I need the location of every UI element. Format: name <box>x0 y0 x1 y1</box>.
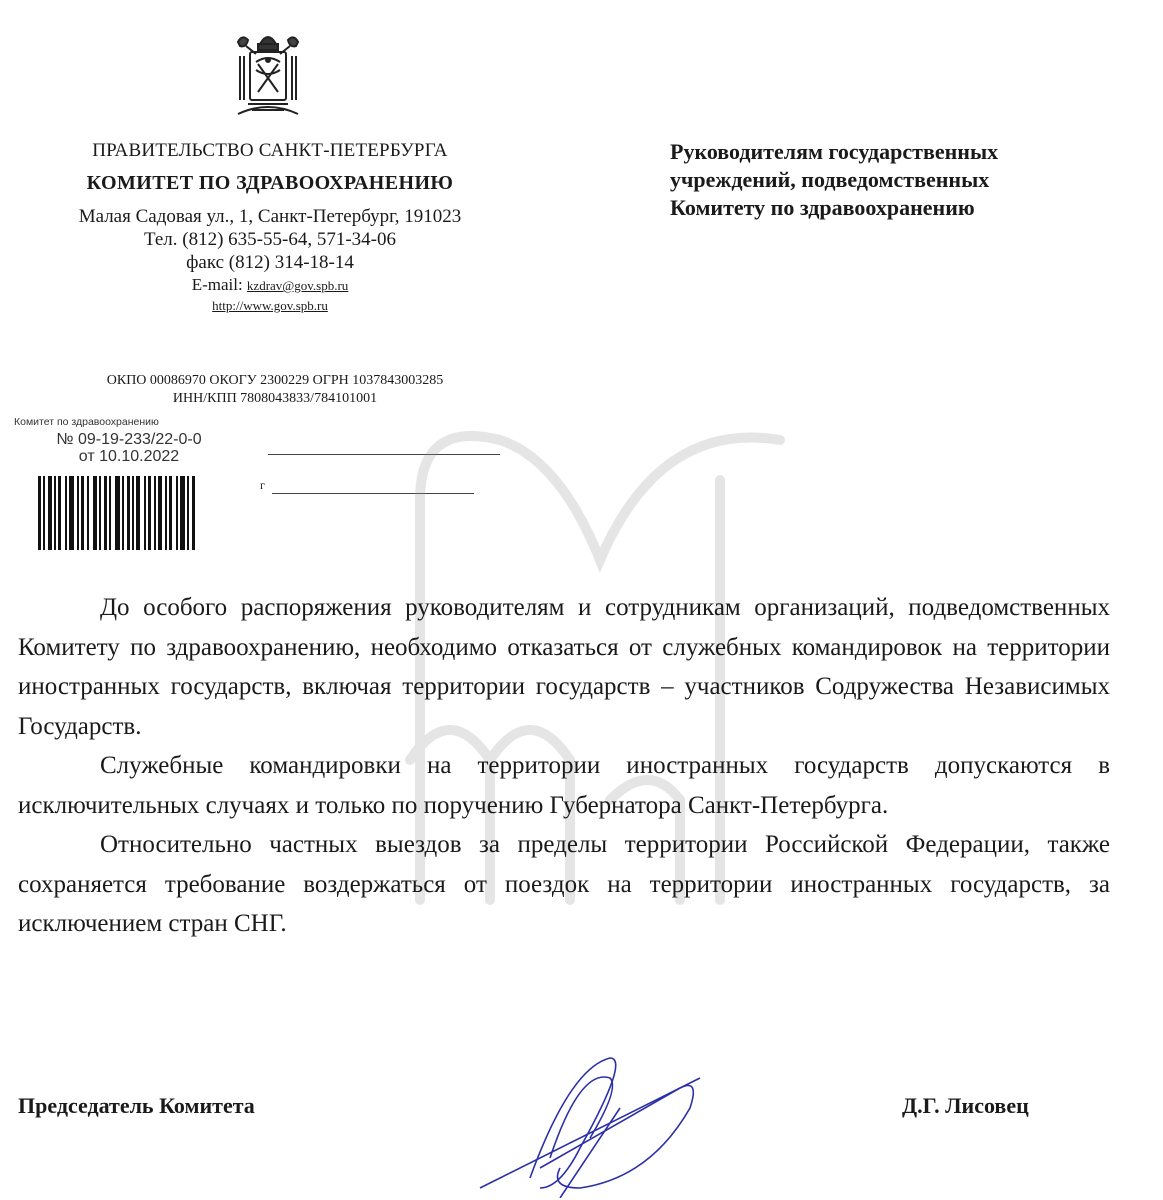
signatory-title: Председатель Комитета <box>18 1093 255 1119</box>
body-paragraph: Относительно частных выездов за пределы … <box>18 825 1110 944</box>
email-link[interactable]: kzdrav@gov.spb.ru <box>247 278 348 293</box>
registration-stamp: Комитет по здравоохранению № 09-19-233/2… <box>14 416 244 465</box>
addressee-block: Руководителям государственных учреждений… <box>670 138 1150 222</box>
stamp-organization: Комитет по здравоохранению <box>14 416 244 428</box>
government-name: ПРАВИТЕЛЬСТВО САНКТ-ПЕТЕРБУРГА <box>10 140 530 162</box>
addressee-line: Руководителям государственных <box>670 138 1150 166</box>
coat-of-arms-emblem <box>228 22 308 128</box>
codes-inn-kpp: ИНН/КПП 7808043833/784101001 <box>10 390 540 408</box>
body-paragraph: Служебные командировки на территории ино… <box>18 746 1110 825</box>
email-line: E-mail: kzdrav@gov.spb.ru <box>10 274 530 297</box>
addressee-line: учреждений, подведомственных <box>670 166 1150 194</box>
body-paragraph: До особого распоряжения руководителям и … <box>18 588 1110 746</box>
letter-body: До особого распоряжения руководителям и … <box>18 588 1110 944</box>
signatory-name: Д.Г. Лисовец <box>902 1093 1029 1119</box>
fax-number: факс (812) 314-18-14 <box>10 251 530 274</box>
registration-codes: ОКПО 00086970 ОКОГУ 2300229 ОГРН 1037843… <box>10 372 540 408</box>
website-link[interactable]: http://www.gov.spb.ru <box>10 297 530 315</box>
email-label: E-mail: <box>192 275 247 294</box>
document-number: № 09-19-233/22-0-0 <box>14 431 244 448</box>
document-date: от 10.10.2022 <box>14 448 244 465</box>
codes-okpo-okogu-ogrn: ОКПО 00086970 ОКОГУ 2300229 ОГРН 1037843… <box>10 372 540 390</box>
reference-prefix: г <box>260 478 265 493</box>
reference-date-blank-line <box>272 493 474 494</box>
postal-address: Малая Садовая ул., 1, Санкт-Петербург, 1… <box>10 205 530 228</box>
barcode-icon <box>38 476 206 550</box>
reference-blank-line <box>268 454 500 455</box>
addressee-line: Комитету по здравоохранению <box>670 194 1150 222</box>
sender-header: ПРАВИТЕЛЬСТВО САНКТ-ПЕТЕРБУРГА КОМИТЕТ П… <box>10 140 530 315</box>
phone-numbers: Тел. (812) 635-55-64, 571-34-06 <box>10 228 530 251</box>
committee-name: КОМИТЕТ ПО ЗДРАВООХРАНЕНИЮ <box>10 172 530 195</box>
handwritten-signature-icon <box>470 1048 730 1198</box>
